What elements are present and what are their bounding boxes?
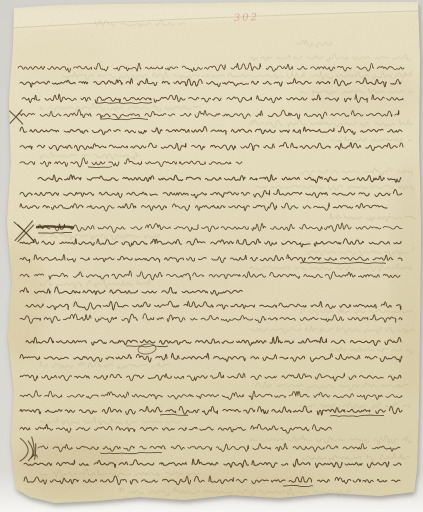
scan-canvas: 302 — [0, 0, 423, 512]
manuscript-scan: 302 — [0, 0, 423, 512]
page-number-annotation: 302 — [234, 12, 259, 24]
strike-mark — [36, 226, 74, 227]
